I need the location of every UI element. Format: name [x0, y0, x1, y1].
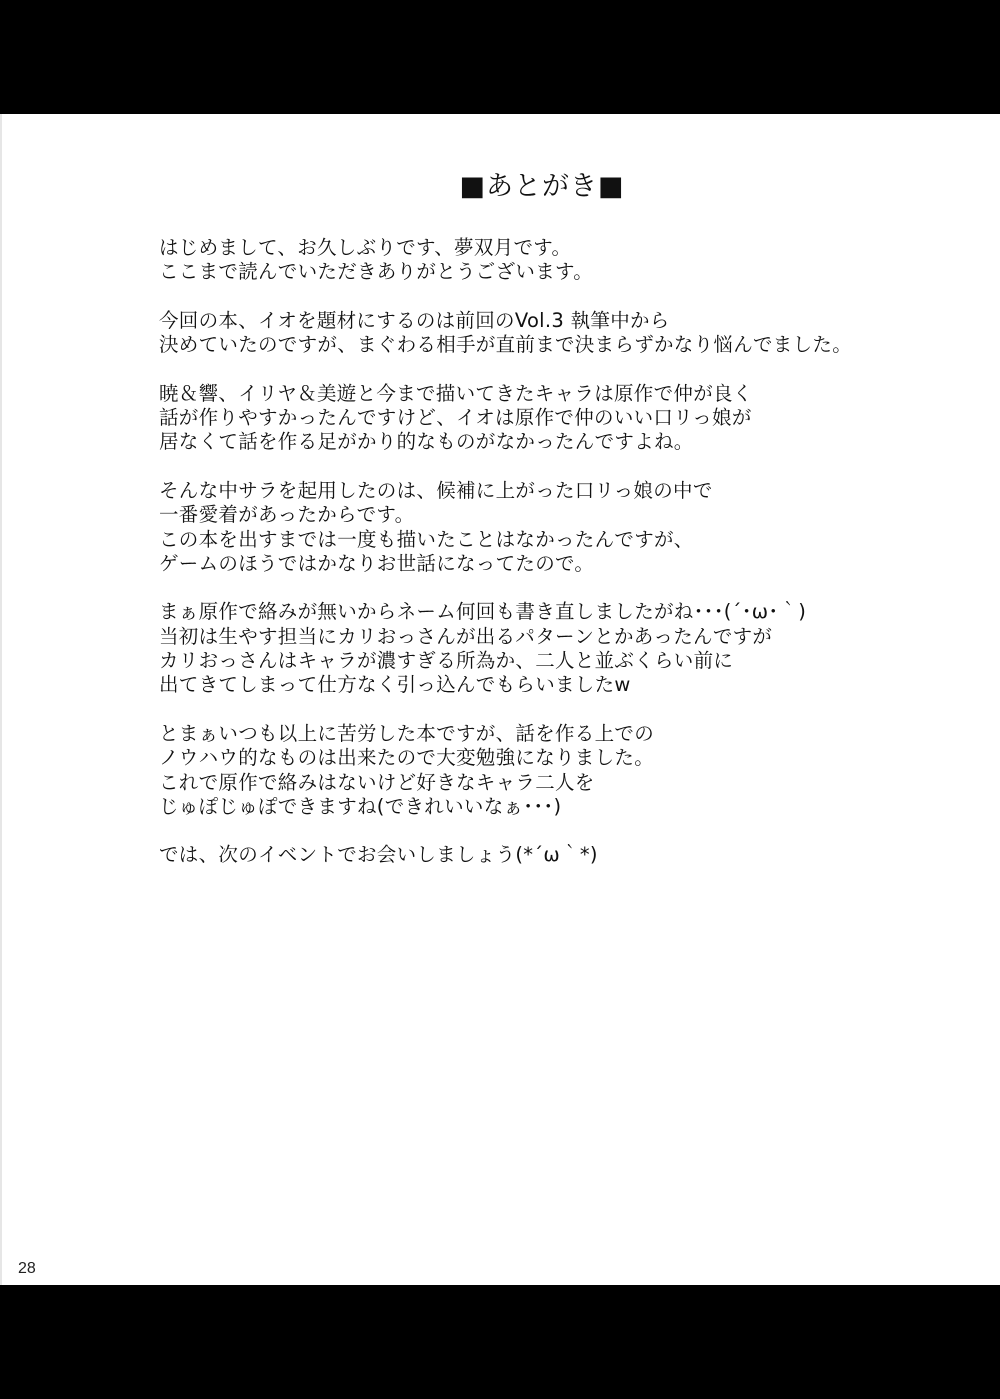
text-line: 居なくて話を作る足がかり的なものがなかったんですよね。: [159, 430, 959, 454]
text-line: そんな中サラを起用したのは、候補に上がった口リっ娘の中で: [159, 479, 959, 503]
text-line: この本を出すまでは一度も描いたことはなかったんですが、: [159, 528, 959, 552]
text-line: 決めていたのですが、まぐわる相手が直前まで決まらずかなり悩んでました。: [159, 333, 959, 357]
text-line: これで原作で絡みはないけど好きなキャラ二人を: [159, 771, 959, 795]
afterword-body: はじめまして、お久しぶりです、夢双月です。 ここまで読んでいただきありがとうござ…: [159, 236, 959, 892]
paragraph-lessons: とまぁいつも以上に苦労した本ですが、話を作る上での ノウハウ的なものは出来たので…: [159, 722, 959, 819]
page-title: ■あとがき■: [2, 164, 1000, 203]
text-line: カリおっさんはキャラが濃すぎる所為か、二人と並ぶくらい前に: [159, 649, 959, 673]
text-line: 出てきてしまって仕方なく引っ込んでもらいましたw: [159, 673, 959, 697]
text-line: 今回の本、イオを題材にするのは前回のVol.3 執筆中から: [159, 309, 959, 333]
text-line: ノウハウ的なものは出来たので大変勉強になりました。: [159, 746, 959, 770]
paragraph-closing: では、次のイベントでお会いしましょう(*´ω｀*): [159, 843, 959, 867]
text-line: ゲームのほうではかなりお世話になってたので。: [159, 552, 959, 576]
text-line: 話が作りやすかったんですけど、イオは原作で仲のいい口リっ娘が: [159, 406, 959, 430]
paragraph-rewrites: まぁ原作で絡みが無いからネーム何回も書き直しましたがね･･･(´･ω･｀) 当初…: [159, 600, 959, 697]
text-line: とまぁいつも以上に苦労した本ですが、話を作る上での: [159, 722, 959, 746]
paragraph-sara: そんな中サラを起用したのは、候補に上がった口リっ娘の中で 一番愛着があったからで…: [159, 479, 959, 576]
afterword-page: ■あとがき■ はじめまして、お久しぶりです、夢双月です。 ここまで読んでいただき…: [0, 114, 1000, 1285]
text-line: ここまで読んでいただきありがとうございます。: [159, 260, 959, 284]
top-black-border: [0, 0, 1000, 114]
text-line: はじめまして、お久しぶりです、夢双月です。: [159, 236, 959, 260]
paragraph-topic: 今回の本、イオを題材にするのは前回のVol.3 執筆中から 決めていたのですが、…: [159, 309, 959, 358]
paragraph-greeting: はじめまして、お久しぶりです、夢双月です。 ここまで読んでいただきありがとうござ…: [159, 236, 959, 285]
text-line: まぁ原作で絡みが無いからネーム何回も書き直しましたがね･･･(´･ω･｀): [159, 600, 959, 624]
text-line: では、次のイベントでお会いしましょう(*´ω｀*): [159, 843, 959, 867]
text-line: 一番愛着があったからです。: [159, 503, 959, 527]
text-line: 暁＆響、イリヤ＆美遊と今まで描いてきたキャラは原作で仲が良く: [159, 382, 959, 406]
text-line: じゅぽじゅぽできますね(できれいいなぁ･･･): [159, 795, 959, 819]
text-line: 当初は生やす担当にカリおっさんが出るパターンとかあったんですが: [159, 625, 959, 649]
bottom-black-border: [0, 1285, 1000, 1399]
page-number: 28: [18, 1260, 36, 1278]
paragraph-characters: 暁＆響、イリヤ＆美遊と今まで描いてきたキャラは原作で仲が良く 話が作りやすかった…: [159, 382, 959, 455]
